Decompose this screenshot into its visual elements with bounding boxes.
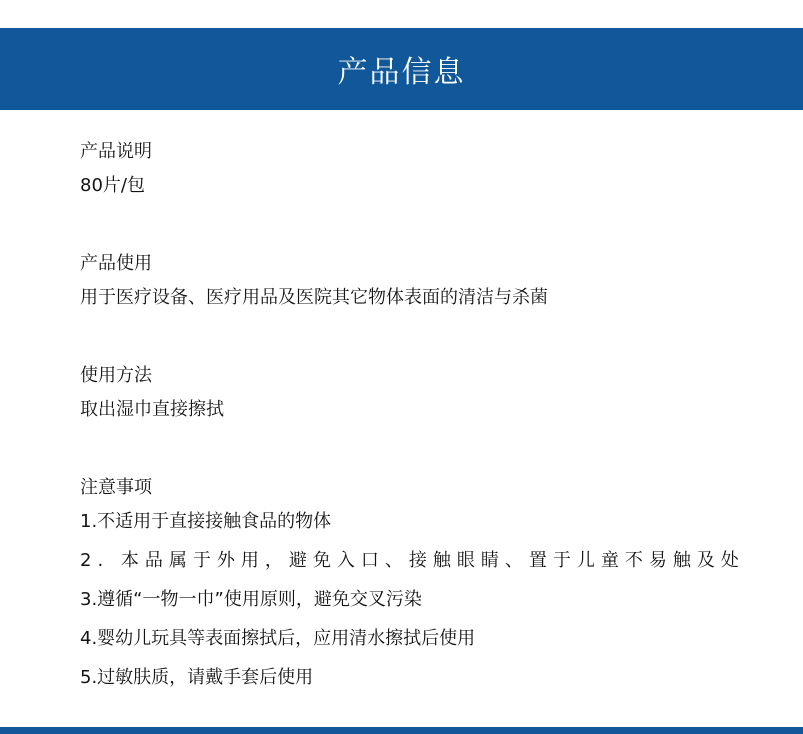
precaution-item-2: 2. 本品属于外用，避免入口、接触眼睛、置于儿童不易触及处 (80, 550, 733, 572)
precaution-item-1: 1.不适用于直接接触食品的物体 (80, 511, 733, 533)
section-heading-precautions: 注意事项 (80, 477, 733, 499)
section-heading-product-use: 产品使用 (80, 253, 733, 275)
product-info-page: 产品信息 产品说明 80片/包 产品使用 用于医疗设备、医疗用品及医院其它物体表… (0, 0, 803, 734)
section-product-use: 产品使用 用于医疗设备、医疗用品及医院其它物体表面的清洁与杀菌 (80, 253, 733, 309)
section-precautions: 注意事项 1.不适用于直接接触食品的物体 2. 本品属于外用，避免入口、接触眼睛… (80, 477, 733, 689)
section-heading-usage-method: 使用方法 (80, 365, 733, 387)
product-use-text: 用于医疗设备、医疗用品及医院其它物体表面的清洁与杀菌 (80, 287, 733, 309)
precaution-item-5: 5.过敏肤质，请戴手套后使用 (80, 667, 733, 689)
content-area: 产品说明 80片/包 产品使用 用于医疗设备、医疗用品及医院其它物体表面的清洁与… (0, 110, 803, 689)
section-product-spec: 产品说明 80片/包 (80, 141, 733, 197)
footer-bar (0, 727, 803, 734)
section-heading-product-spec: 产品说明 (80, 141, 733, 163)
precaution-item-3: 3.遵循“一物一巾”使用原则，避免交叉污染 (80, 589, 733, 611)
header-bar: 产品信息 (0, 28, 803, 110)
section-usage-method: 使用方法 取出湿巾直接擦拭 (80, 365, 733, 421)
precaution-item-4: 4.婴幼儿玩具等表面擦拭后，应用清水擦拭后使用 (80, 628, 733, 650)
product-spec-text: 80片/包 (80, 175, 733, 197)
page-title: 产品信息 (338, 47, 466, 91)
usage-method-text: 取出湿巾直接擦拭 (80, 399, 733, 421)
